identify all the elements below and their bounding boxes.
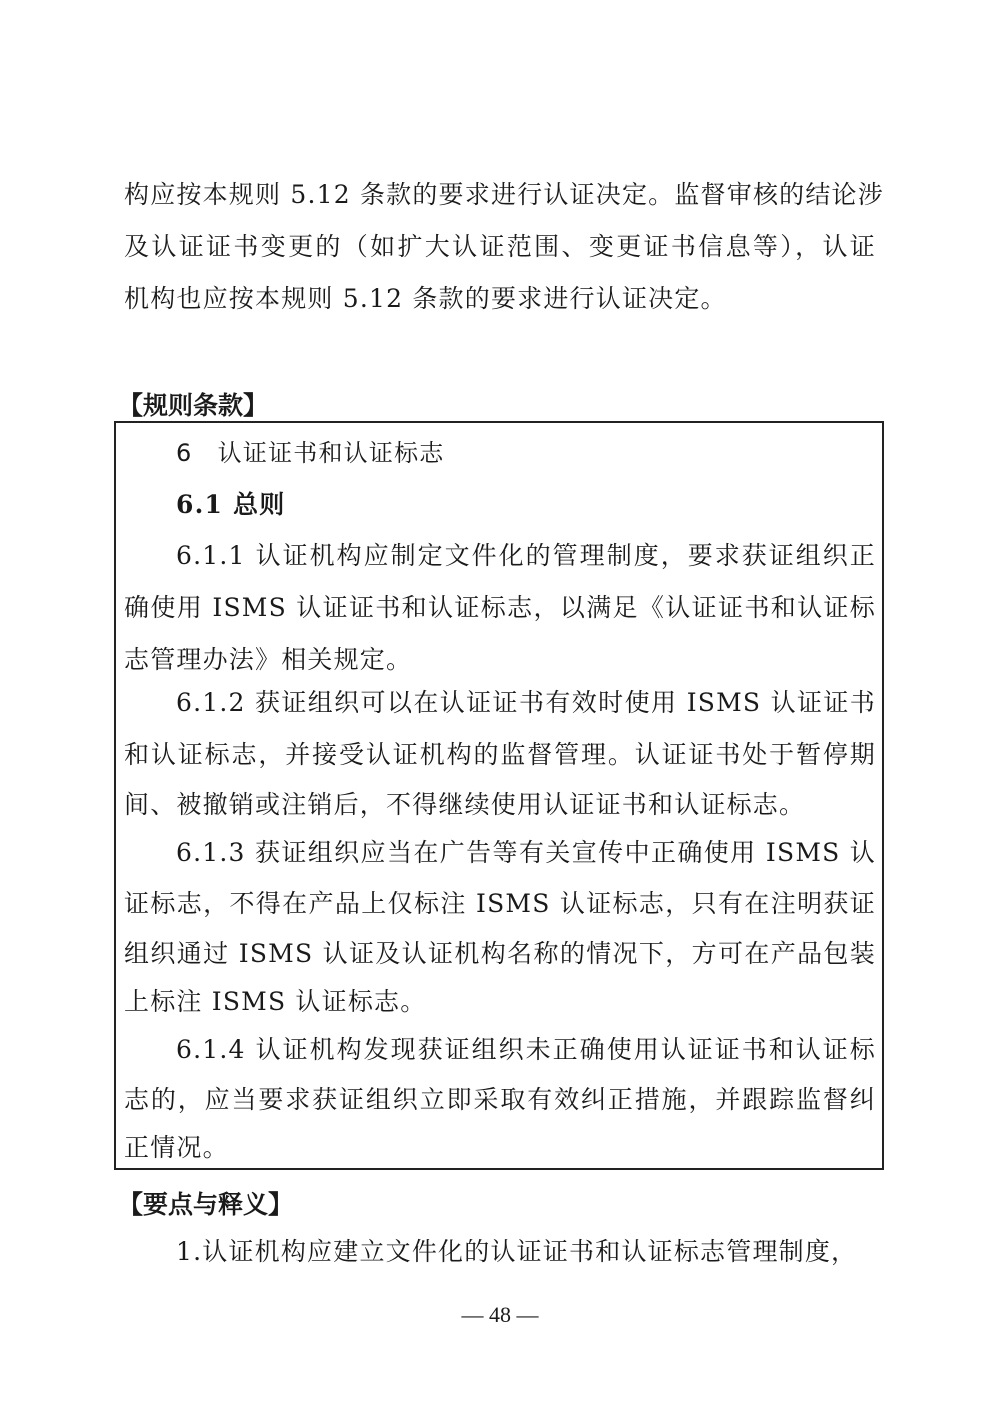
text-line: 6.1.1 认证机构应制定文件化的管理制度，要求获证组织正	[176, 541, 876, 571]
text-line: 及认证证书变更的（如扩大认证范围、变更证书信息等），认证	[124, 232, 876, 262]
text-line: 组织通过 ISMS 认证及认证机构名称的情况下，方可在产品包装	[124, 939, 876, 969]
text-line: 证标志，不得在产品上仅标注 ISMS 认证标志，只有在注明获证	[124, 889, 876, 919]
text-line: 构应按本规则 5.12 条款的要求进行认证决定。监督审核的结论涉	[124, 180, 876, 210]
text-line: 确使用 ISMS 认证证书和认证标志，以满足《认证证书和认证标	[124, 593, 876, 623]
text-line: 正情况。	[124, 1133, 876, 1163]
subsection-title: 6.1 总则	[176, 490, 928, 520]
rules-heading: 【规则条款】	[118, 386, 268, 422]
notes-heading: 【要点与释义】	[118, 1185, 293, 1221]
text-line: 6.1.4 认证机构发现获证组织未正确使用认证证书和认证标	[176, 1035, 876, 1065]
page-number: — 48 —	[0, 1302, 1000, 1328]
text-line: 志的，应当要求获证组织立即采取有效纠正措施，并跟踪监督纠	[124, 1085, 876, 1115]
text-line: 志管理办法》相关规定。	[124, 645, 876, 675]
text-line: 和认证标志，并接受认证机构的监督管理。认证证书处于暂停期	[124, 740, 876, 770]
text-line: 6.1.3 获证组织应当在广告等有关宣传中正确使用 ISMS 认	[176, 838, 876, 868]
text-line: 6.1.2 获证组织可以在认证证书有效时使用 ISMS 认证证书	[176, 688, 876, 718]
text-line: 上标注 ISMS 认证标志。	[124, 987, 876, 1017]
text-line: 机构也应按本规则 5.12 条款的要求进行认证决定。	[124, 284, 876, 314]
text-line: 间、被撤销或注销后，不得继续使用认证证书和认证标志。	[124, 790, 876, 820]
section-title: 6 认证证书和认证标志	[176, 438, 928, 468]
text-line: 1.认证机构应建立文件化的认证证书和认证标志管理制度，	[176, 1237, 928, 1267]
